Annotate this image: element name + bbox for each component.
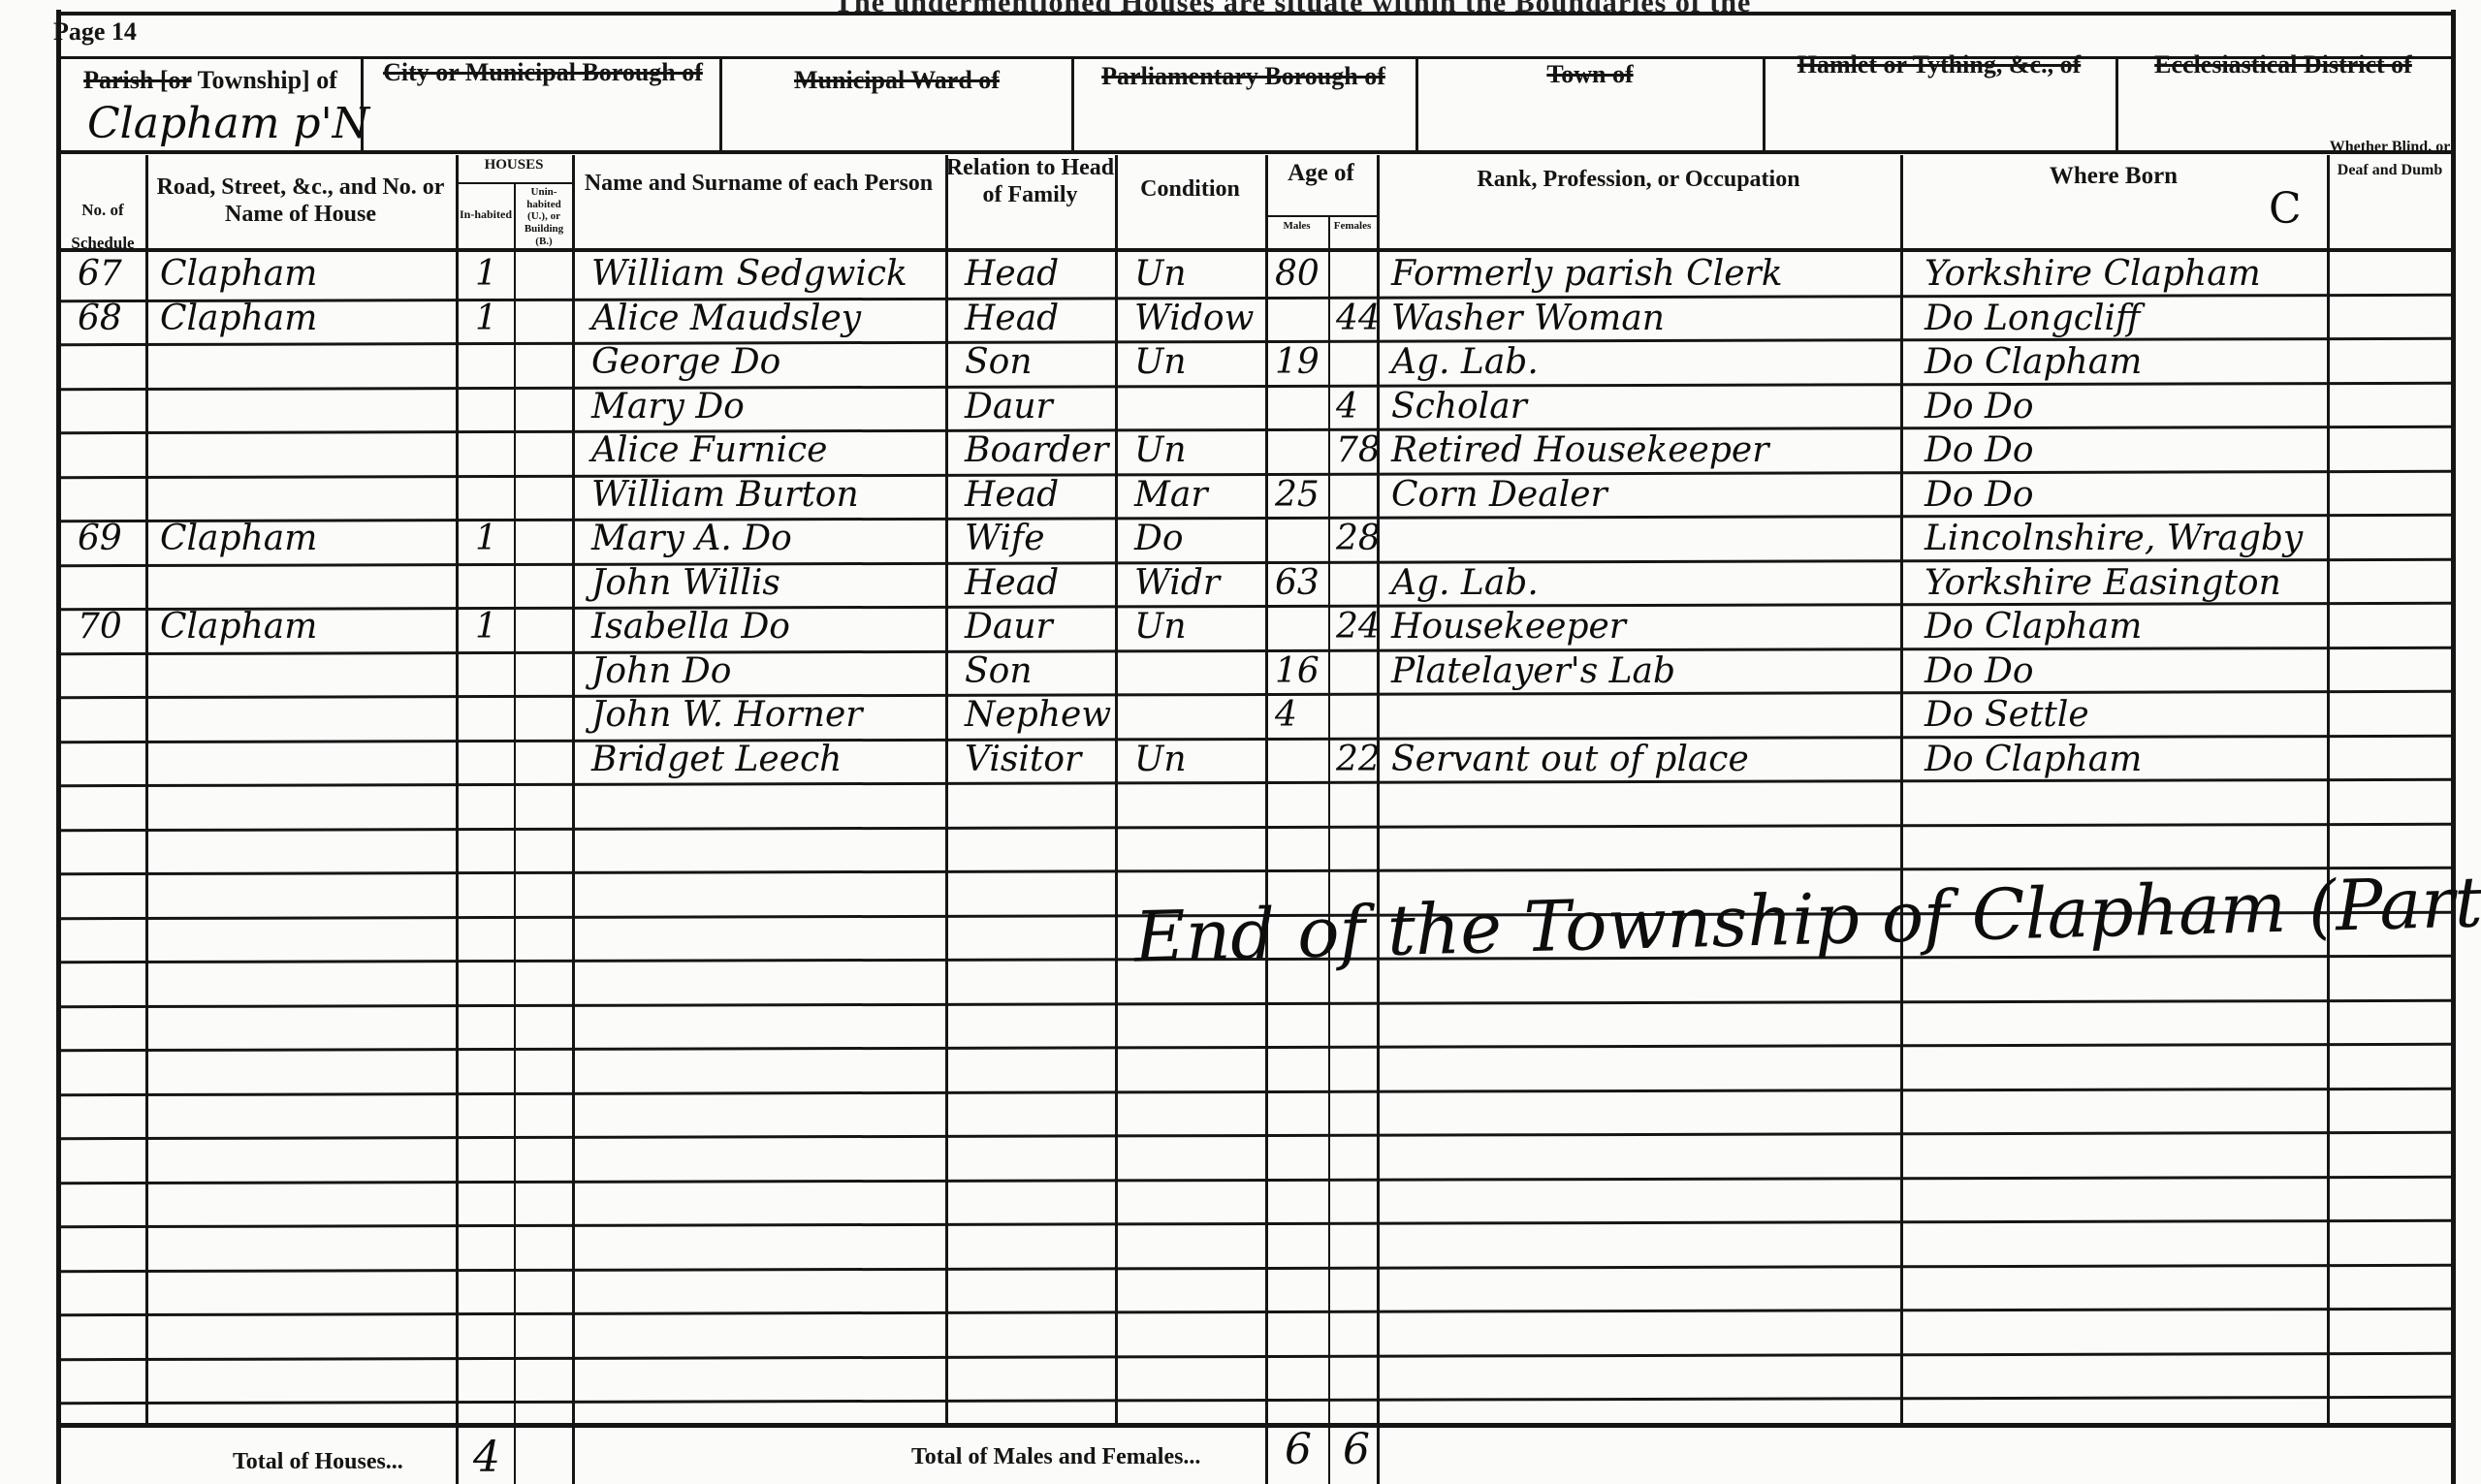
row-rule (60, 999, 2451, 1008)
road-cell: Clapham (160, 607, 317, 647)
end-of-township-note: End of the Township of Clapham (Part of) (1133, 858, 2481, 978)
total-houses-label: Total of Houses... (233, 1449, 403, 1475)
occupation-cell: Scholar (1391, 387, 1527, 426)
divider (1071, 56, 1074, 150)
male-age-cell: 19 (1275, 342, 1320, 382)
place-header-hamlet: Hamlet or Tything, &c., of (1765, 50, 2114, 79)
relation-cell: Daur (965, 387, 1053, 426)
name-cell: George Do (591, 342, 780, 382)
schedule-cell: 70 (78, 607, 122, 647)
row-rule (60, 1131, 2451, 1140)
male-age-cell: 63 (1275, 563, 1320, 603)
divider (456, 155, 459, 1484)
relation-cell: Head (965, 563, 1059, 603)
female-age-cell: 24 (1336, 607, 1381, 647)
name-cell: Alice Furnice (591, 430, 827, 470)
condition-cell: Un (1134, 254, 1187, 294)
row-rule (60, 1176, 2451, 1184)
right-border (2451, 10, 2456, 1484)
divider (1328, 215, 1330, 1484)
where-born-cell: Do Do (1924, 475, 2034, 515)
where-born-cell: Do Do (1924, 651, 2034, 691)
where-born-cell: Yorkshire Easington (1924, 563, 2281, 603)
schedule-cell: 68 (78, 299, 122, 338)
place-header-parish: Parish [or Township] of (60, 66, 361, 95)
name-cell: William Burton (591, 475, 859, 515)
place-header-ward: Municipal Ward of (727, 66, 1066, 95)
divider (1763, 56, 1765, 150)
name-cell: Mary Do (591, 387, 745, 426)
relation-cell: Head (965, 299, 1059, 338)
schedule-cell: 69 (78, 519, 122, 558)
condition-cell: Widr (1134, 563, 1220, 603)
row-rule (60, 426, 2451, 434)
row-rule (60, 778, 2451, 787)
female-age-cell: 22 (1336, 740, 1381, 779)
inhabited-cell: 1 (475, 607, 497, 647)
col-road: Road, Street, &c., and No. or Name of Ho… (145, 174, 456, 228)
row-rule (60, 1264, 2451, 1273)
page-number: 14 (111, 17, 137, 46)
col-males: Males (1265, 220, 1328, 233)
condition-cell: Un (1134, 740, 1187, 779)
place-band-bottom (56, 150, 2456, 154)
name-cell: William Sedgwick (591, 254, 907, 294)
divider (1900, 155, 1903, 1425)
parish-label-struck: Parish [or (83, 66, 191, 94)
condition-cell: Un (1134, 430, 1187, 470)
inhabited-cell: 1 (475, 254, 497, 294)
top-border (56, 12, 2456, 16)
divider (945, 155, 948, 1425)
divider (1377, 155, 1380, 1484)
row-rule (60, 1088, 2451, 1096)
top-note: The undermentioned Houses are situate wi… (834, 0, 1751, 19)
divider (572, 155, 575, 1484)
col-age: Age of (1265, 160, 1377, 188)
name-cell: John Willis (591, 563, 780, 603)
condition-cell: Un (1134, 342, 1187, 382)
totals-top-rule (56, 1423, 2456, 1428)
where-born-cell: Do Longcliff (1924, 299, 2141, 338)
female-age-cell: 4 (1336, 387, 1358, 426)
female-age-cell: 28 (1336, 519, 1381, 558)
row-rule (60, 690, 2451, 699)
occupation-cell: Ag. Lab. (1391, 342, 1539, 382)
page-label-text: Page (53, 17, 105, 46)
condition-cell: Mar (1134, 475, 1208, 515)
condition-cell: Do (1134, 519, 1184, 558)
name-cell: John W. Horner (591, 695, 863, 735)
col-inhabited: In-habited (458, 208, 514, 222)
total-houses-value: 4 (473, 1433, 500, 1482)
where-born-cell: Do Clapham (1924, 607, 2142, 647)
township-label: Township] of (198, 66, 337, 94)
relation-cell: Nephew (965, 695, 1111, 735)
divider (719, 56, 722, 150)
township-value: Clapham p'N (87, 99, 369, 148)
row-rule (60, 1043, 2451, 1052)
col-uninhabited: Unin-habited (U.), or Building (B.) (516, 186, 572, 247)
name-cell: John Do (591, 651, 731, 691)
male-age-cell: 4 (1275, 695, 1297, 735)
male-age-cell: 25 (1275, 475, 1320, 515)
total-females-value: 6 (1343, 1425, 1370, 1474)
where-born-cell: Do Do (1924, 387, 2034, 426)
row-rule (60, 382, 2451, 391)
row-rule (60, 1352, 2451, 1361)
name-cell: Bridget Leech (591, 740, 842, 779)
row-rule (60, 1219, 2451, 1228)
divider (361, 56, 364, 150)
condition-cell: Widow (1134, 299, 1254, 338)
schedule-cell: 67 (78, 254, 122, 294)
place-header-ecclesiastical: Ecclesiastical District of (2118, 50, 2448, 79)
male-age-cell: 80 (1275, 254, 1320, 294)
female-age-cell: 44 (1336, 299, 1381, 338)
where-born-cell: Lincolnshire, Wragby (1924, 519, 2303, 558)
occupation-cell: Ag. Lab. (1391, 563, 1539, 603)
relation-cell: Head (965, 475, 1059, 515)
row-rule (60, 1396, 2451, 1405)
col-name: Name and Surname of each Person (572, 171, 945, 198)
total-males-value: 6 (1285, 1425, 1312, 1474)
road-cell: Clapham (160, 254, 317, 294)
divider (2327, 155, 2330, 1425)
divider (1115, 155, 1118, 1425)
row-rule (60, 823, 2451, 832)
name-cell: Mary A. Do (591, 519, 792, 558)
relation-cell: Son (965, 342, 1033, 382)
where-born-cell: Yorkshire Clapham (1924, 254, 2261, 294)
name-cell: Isabella Do (591, 607, 790, 647)
inhabited-cell: 1 (475, 299, 497, 338)
divider (1265, 155, 1268, 1484)
where-born-cell: Do Settle (1924, 695, 2089, 735)
name-cell: Alice Maudsley (591, 299, 861, 338)
inhabited-cell: 1 (475, 519, 497, 558)
place-header-borough: City or Municipal Borough of (368, 58, 717, 87)
divider (1415, 56, 1418, 150)
col-condition: Condition (1115, 176, 1265, 204)
relation-cell: Son (965, 651, 1033, 691)
divider (2115, 56, 2118, 150)
age-divider (1265, 215, 1377, 217)
place-header-parliamentary: Parliamentary Borough of (1071, 62, 1415, 91)
occupation-cell: Retired Housekeeper (1391, 430, 1768, 470)
col-relation: Relation to Head of Family (945, 155, 1115, 208)
total-persons-label: Total of Males and Females... (911, 1444, 1200, 1470)
occupation-cell: Formerly parish Clerk (1391, 254, 1783, 294)
col-houses: HOUSES (456, 157, 572, 174)
relation-cell: Wife (965, 519, 1045, 558)
where-born-cell: Do Clapham (1924, 342, 2142, 382)
relation-cell: Daur (965, 607, 1053, 647)
row-rule (60, 470, 2451, 479)
relation-cell: Boarder (965, 430, 1108, 470)
occupation-cell: Corn Dealer (1391, 475, 1607, 515)
place-header-town: Town of (1420, 60, 1760, 89)
divider (514, 184, 516, 1484)
road-cell: Clapham (160, 299, 317, 338)
male-age-cell: 16 (1275, 651, 1320, 691)
road-cell: Clapham (160, 519, 317, 558)
row-rule (60, 1308, 2451, 1316)
row-rule (60, 647, 2451, 655)
condition-cell: Un (1134, 607, 1187, 647)
col-females: Females (1328, 220, 1377, 233)
occupation-cell: Washer Woman (1391, 299, 1665, 338)
relation-cell: Head (965, 254, 1059, 294)
col-blind: Whether Blind, or Deaf and Dumb (2327, 136, 2453, 182)
col-where-born: Where Born (1900, 163, 2327, 191)
where-born-cell: Do Clapham (1924, 740, 2142, 779)
occupation-cell: Housekeeper (1391, 607, 1626, 647)
occupation-cell: Servant out of place (1391, 740, 1749, 779)
col-occupation: Rank, Profession, or Occupation (1377, 167, 1900, 194)
relation-cell: Visitor (965, 740, 1081, 779)
occupation-cell: Platelayer's Lab (1391, 651, 1675, 691)
female-age-cell: 78 (1336, 430, 1381, 470)
margin-mark: C (2269, 184, 2302, 234)
where-born-cell: Do Do (1924, 430, 2034, 470)
header-bottom-rule (56, 248, 2456, 252)
page-label: Page 14 (53, 17, 137, 47)
